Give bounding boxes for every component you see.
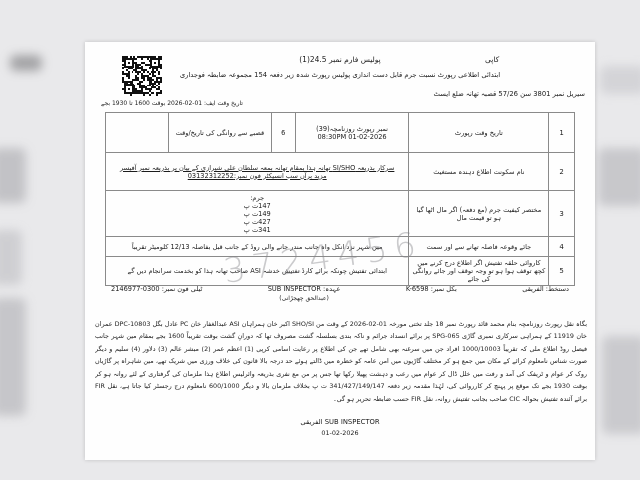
row-label: مختصر کیفیت جرم (مع دفعہ) اگر مال اٹھا گ… bbox=[409, 191, 549, 237]
signature-field: دستخط: الفریقی bbox=[522, 285, 569, 302]
fir-datetime-caption: تاریخ وقت ایف: 01-02-2026 بوقت 1600 تا 1… bbox=[101, 100, 251, 107]
row-label: نام سکونت اطلاع دہندہ مستغیث bbox=[409, 153, 549, 191]
row-number: 4 bbox=[549, 237, 575, 257]
table-row: 3 مختصر کیفیت جرم (مع دفعہ) اگر مال اٹھا… bbox=[106, 191, 575, 237]
belt-number-label: بکل نمبر: bbox=[431, 285, 457, 293]
qr-code-icon bbox=[122, 56, 162, 96]
rank-label: عہدہ: bbox=[323, 285, 340, 293]
phone-field: ٹیلی فون نمبر: 0300-2146977 bbox=[111, 285, 202, 302]
blur-artifact bbox=[0, 148, 26, 203]
blur-artifact bbox=[600, 66, 640, 94]
blur-artifact bbox=[10, 55, 42, 71]
blur-artifact bbox=[0, 230, 22, 285]
row-number: 1 bbox=[549, 113, 575, 153]
place-of-occurrence-value: مین شہر نزد انکل واہ جانب مندر جانے والی… bbox=[106, 237, 409, 257]
fir-title: ابتدائی اطلاعی رپورٹ نسبت جرم قابل دست ا… bbox=[125, 71, 555, 79]
row-label: کاروائی حلقہ تفتیش اگر اطلاع درج کرنے می… bbox=[409, 257, 549, 286]
column-six-number: 6 bbox=[271, 113, 295, 153]
fir-table: 1 تاریخ وقت رپورٹ نمبر رپورٹ روزنامچہ(39… bbox=[105, 112, 575, 286]
table-row: 5 کاروائی حلقہ تفتیش اگر اطلاع درج کرنے … bbox=[106, 257, 575, 286]
footer-date: 01-02-2026 bbox=[85, 429, 595, 437]
phone-label: ٹیلی فون نمبر: bbox=[162, 285, 203, 293]
fir-narrative-text: بگاہ نقل رپورٹ روزنامچہ بنام محمد قائد ر… bbox=[95, 318, 587, 422]
officer-name: (عبدالحق چھجڑانی) bbox=[268, 295, 341, 302]
phone-value: 0300-2146977 bbox=[111, 285, 160, 293]
row-number: 5 bbox=[549, 257, 575, 286]
qr-finder-icon bbox=[150, 58, 160, 68]
departure-time-label: قصبے سے روانگی کی تاریخ/وقت bbox=[168, 113, 271, 153]
footer-officer: الفریقی SUB INSPECTOR bbox=[85, 418, 595, 426]
informant-value: سرکار بذریعہ SI/SHO تھانہ ہذا بمقام تھان… bbox=[106, 153, 409, 191]
table-row: 1 تاریخ وقت رپورٹ نمبر رپورٹ روزنامچہ(39… bbox=[106, 113, 575, 153]
signature-row: دستخط: الفریقی بکل نمبر: K-6598 عہدہ: SU… bbox=[105, 285, 575, 302]
signature-value: الفریقی bbox=[522, 285, 543, 293]
rank-field: عہدہ: SUB INSPECTOR (عبدالحق چھجڑانی) bbox=[268, 285, 341, 302]
row-number: 3 bbox=[549, 191, 575, 237]
footer-signature: الفریقی SUB INSPECTOR 01-02-2026 bbox=[85, 418, 595, 437]
rank-value: SUB INSPECTOR bbox=[268, 285, 321, 293]
serial-number-line: سیریل نمبر 3801 سن 57/26 قصبہ تھانہ ضلع … bbox=[433, 90, 585, 98]
screenshot-root: { "page": { "copy_label": "کاپی", "form_… bbox=[0, 0, 640, 480]
row-label: تاریخ وقت رپورٹ bbox=[409, 113, 549, 153]
blur-artifact bbox=[0, 298, 26, 416]
offence-sections-value: جرم: 147ت پ 149ت پ 427ت پ 341ت پ bbox=[106, 191, 409, 237]
row-number: 2 bbox=[549, 153, 575, 191]
qr-finder-icon bbox=[124, 58, 134, 68]
fir-document-page: کاپی پولیس فارم نمبر 24.5(1) ابتدائی اطل… bbox=[85, 42, 595, 460]
row-label: جائے وقوعہ فاصلہ تھانے سے اور سمت bbox=[409, 237, 549, 257]
qr-finder-icon bbox=[124, 84, 134, 94]
belt-number-value: K-6598 bbox=[406, 285, 429, 293]
blur-artifact bbox=[602, 336, 640, 434]
blur-artifact bbox=[598, 148, 640, 206]
table-row: 2 نام سکونت اطلاع دہندہ مستغیث سرکار بذر… bbox=[106, 153, 575, 191]
table-row: 4 جائے وقوعہ فاصلہ تھانے سے اور سمت مین … bbox=[106, 237, 575, 257]
investigation-action-value: ابتدائی تفتیش چونکہ برائے کارڈ تفتیش خدش… bbox=[106, 257, 409, 286]
signature-label: دستخط: bbox=[546, 285, 569, 293]
empty-cell bbox=[106, 113, 169, 153]
belt-number-field: بکل نمبر: K-6598 bbox=[406, 285, 457, 302]
report-number-value: نمبر رپورٹ روزنامچہ(39) 01-02-2026 08:30… bbox=[295, 113, 409, 153]
